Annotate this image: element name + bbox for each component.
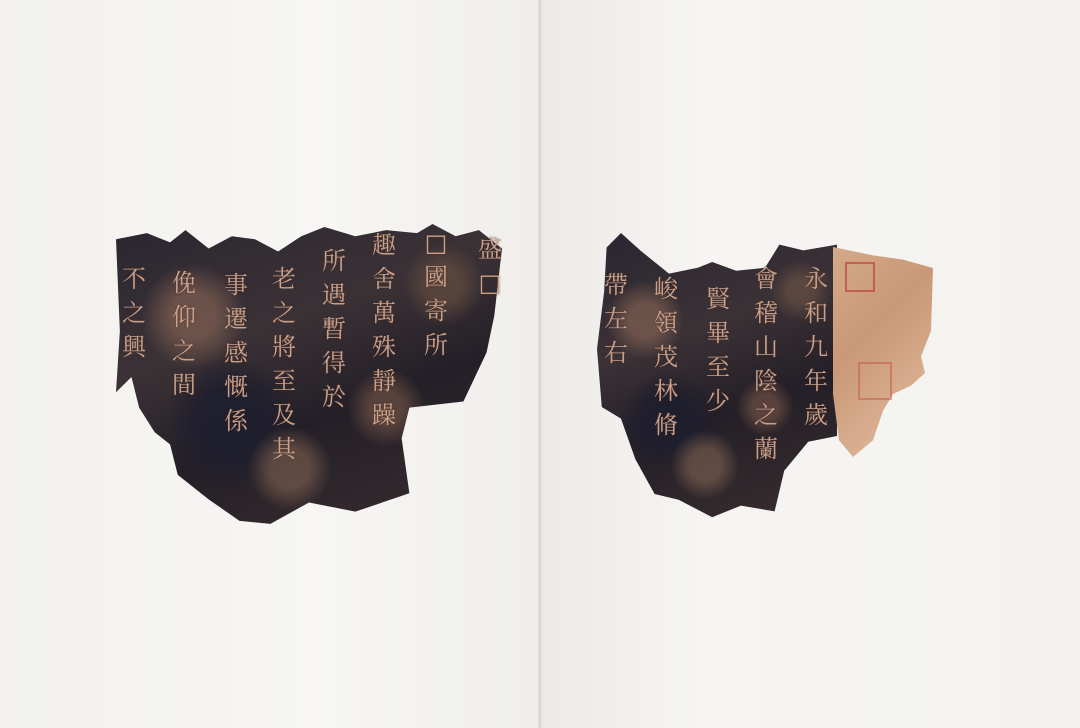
character: 年	[804, 364, 828, 398]
text-column: 永 和 九 年 歲	[804, 262, 828, 432]
character: 茂	[654, 340, 678, 374]
character: 遇	[322, 278, 346, 312]
character: 所	[322, 244, 346, 278]
character: 之	[272, 296, 296, 330]
text-column: 會 稽 山 陰 之 蘭	[754, 262, 778, 466]
character: 畢	[706, 316, 730, 350]
character: 萬	[372, 296, 396, 330]
character: 及	[272, 398, 296, 432]
character: 之	[754, 398, 778, 432]
album-center-fold	[538, 0, 542, 728]
character: 躁	[372, 398, 396, 432]
character: 蘭	[754, 432, 778, 466]
character: 所	[424, 328, 448, 362]
character: 俛	[172, 266, 196, 300]
character: 不	[122, 262, 146, 296]
character: 領	[654, 306, 678, 340]
character: 於	[322, 380, 346, 414]
text-column: 所 遇 暫 得 於	[322, 244, 346, 414]
character: 少	[706, 384, 730, 418]
character: 暫	[322, 312, 346, 346]
text-column: 老 之 將 至 及 其	[272, 262, 296, 466]
character: 其	[272, 432, 296, 466]
character: □	[479, 266, 502, 300]
text-column: □ 國 寄 所	[424, 226, 448, 362]
character: 殊	[372, 330, 396, 364]
collector-seal-icon	[845, 262, 875, 292]
collector-seal-icon	[858, 362, 892, 400]
character: 之	[172, 334, 196, 368]
character: 將	[272, 330, 296, 364]
text-column: 事 遷 感 慨 係	[224, 268, 248, 438]
character: 峻	[654, 272, 678, 306]
character: 脩	[654, 408, 678, 442]
character: 盛	[478, 232, 502, 266]
text-column: 盛 □	[478, 232, 502, 300]
character: 至	[272, 364, 296, 398]
character: 左	[604, 302, 628, 336]
character: 舍	[372, 262, 396, 296]
text-column: 帶 左 右	[604, 268, 628, 370]
character: 稽	[754, 296, 778, 330]
character: 慨	[224, 370, 248, 404]
character: 至	[706, 350, 730, 384]
text-column: 不 之 興	[122, 262, 146, 364]
character: 興	[122, 330, 146, 364]
character: 寄	[424, 294, 448, 328]
character: 林	[654, 374, 678, 408]
character: 和	[804, 296, 828, 330]
character: 間	[172, 368, 196, 402]
character: 得	[322, 346, 346, 380]
character: 九	[804, 330, 828, 364]
text-column: 峻 領 茂 林 脩	[654, 272, 678, 442]
character: 國	[424, 260, 448, 294]
character: 永	[804, 262, 828, 296]
character: 帶	[604, 268, 628, 302]
character: 之	[122, 296, 146, 330]
character: 會	[754, 262, 778, 296]
character: 老	[272, 262, 296, 296]
text-column: 俛 仰 之 間	[172, 266, 196, 402]
character: 靜	[372, 364, 396, 398]
character: 賢	[706, 282, 730, 316]
character: 遷	[224, 302, 248, 336]
character: □	[425, 226, 448, 260]
character: 係	[224, 404, 248, 438]
character: 仰	[172, 300, 196, 334]
character: 感	[224, 336, 248, 370]
character: 事	[224, 268, 248, 302]
character: 右	[604, 336, 628, 370]
character: 山	[754, 330, 778, 364]
character: 歲	[804, 398, 828, 432]
character: 陰	[754, 364, 778, 398]
character: 趣	[372, 228, 396, 262]
text-column: 賢 畢 至 少	[706, 282, 730, 418]
text-column: 趣 舍 萬 殊 靜 躁	[372, 228, 396, 432]
